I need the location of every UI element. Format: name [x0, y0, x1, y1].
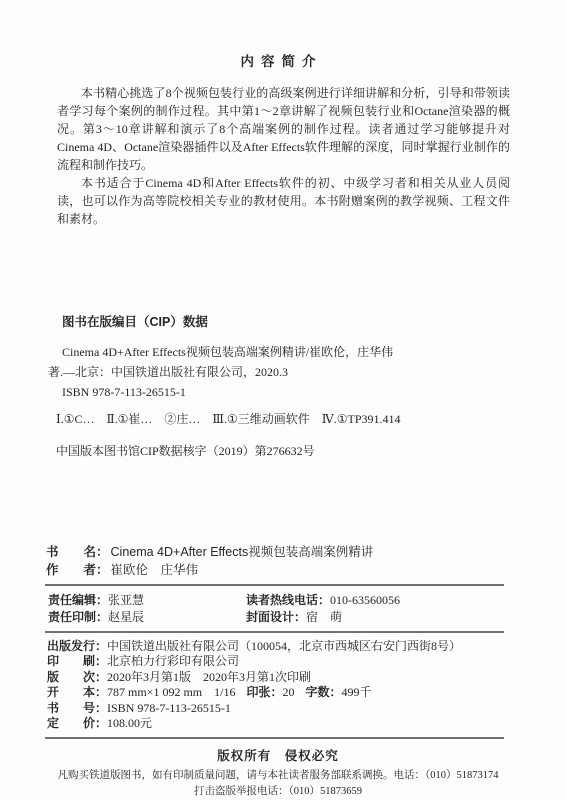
- cip-classification: Ⅰ.①C… Ⅱ.①崔… ②庄… Ⅲ.①三维动画软件 Ⅳ.①TP391.414: [56, 410, 510, 427]
- book-author-row: 作 者：崔欧伦 庄华伟: [46, 562, 510, 580]
- publisher-row: 出版发行：中国铁道出版社有限公司（100054，北京市西城区右安门西街8号）: [47, 639, 510, 654]
- printer-row: 印 刷：北京柏力行彩印有限公司: [47, 654, 510, 669]
- intro-paragraph-1: 本书精心挑选了8个视频包装行业的高级案例进行详细讲解和分析，引导和带领读者学习每…: [57, 84, 510, 174]
- format-label: 开 本：: [47, 685, 107, 699]
- cip-record-number: 中国版本图书馆CIP数据核字（2019）第276632号: [56, 442, 510, 459]
- hotline-value: 010-63560056: [330, 593, 400, 607]
- price-label: 定 价：: [47, 716, 107, 730]
- isbn-row: 书 号：ISBN 978-7-113-26515-1: [47, 701, 510, 716]
- book-title-value: Cinema 4D+After Effects视频包装高端案例精讲: [111, 545, 374, 559]
- print-supervisor-cell: 责任印制：赵星辰: [48, 609, 246, 626]
- publishing-section: 出版发行：中国铁道出版社有限公司（100054，北京市西城区右安门西街8号） 印…: [46, 633, 510, 737]
- cover-designer-label: 封面设计：: [246, 610, 306, 624]
- price-row: 定 价：108.00元: [47, 716, 510, 731]
- cover-designer-value: 宿 萌: [306, 610, 342, 624]
- format-value: 787 mm×1 092 mm 1/16: [107, 685, 235, 699]
- publisher-label: 出版发行：: [47, 639, 107, 653]
- hotline-cell: 读者热线电话：010-63560056: [246, 592, 400, 609]
- cip-header: 图书在版编目（CIP）数据: [62, 312, 510, 330]
- cip-publisher-line: 著.—北京：中国铁道出版社有限公司，2020.3: [48, 362, 510, 382]
- editor-label: 责任编辑：: [48, 593, 108, 607]
- book-title-row: 书 名：Cinema 4D+After Effects视频包装高端案例精讲: [46, 544, 510, 562]
- print-supervisor-value: 赵星辰: [108, 610, 144, 624]
- editor-value: 张亚慧: [108, 593, 144, 607]
- cip-body: Cinema 4D+After Effects视频包装高端案例精讲/崔欧伦，庄华…: [46, 342, 510, 402]
- edition-row: 版 次：2020年3月第1版 2020年3月第1次印刷: [47, 670, 510, 685]
- hotline-label: 读者热线电话：: [246, 593, 330, 607]
- footer-section: 版权所有 侵权必究 凡购买铁道版图书，如有印制质量问题，请与本社读者服务部联系调…: [46, 746, 510, 800]
- price-value: 108.00元: [107, 716, 152, 730]
- isbn-label: 书 号：: [47, 701, 107, 715]
- intro-paragraph-2: 本书适合于Cinema 4D和After Effects软件的初、中级学习者和相…: [57, 174, 510, 228]
- staff-section: 责任编辑：张亚慧 读者热线电话：010-63560056 责任印制：赵星辰 封面…: [46, 586, 510, 631]
- words-value: 499千: [342, 685, 372, 699]
- book-author-value: 崔欧伦 庄华伟: [111, 563, 199, 577]
- cover-designer-cell: 封面设计：宿 萌: [246, 609, 342, 626]
- staff-row-print: 责任印制：赵星辰 封面设计：宿 萌: [48, 609, 510, 626]
- intro-title: 内容简介: [46, 50, 510, 70]
- book-author-label: 作 者：: [46, 563, 109, 577]
- editor-cell: 责任编辑：张亚慧: [48, 592, 246, 609]
- cip-isbn-line: ISBN 978-7-113-26515-1: [62, 382, 510, 402]
- book-title-label: 书 名：: [46, 545, 109, 559]
- sheets-label: 印张：: [246, 685, 282, 699]
- format-row: 开 本：787 mm×1 092 mm 1/16印张：20字数：499千: [47, 685, 510, 700]
- edition-label: 版 次：: [47, 670, 107, 684]
- copyright-notice: 版权所有 侵权必究: [46, 746, 510, 764]
- staff-row-editor: 责任编辑：张亚慧 读者热线电话：010-63560056: [48, 592, 510, 609]
- isbn-value: ISBN 978-7-113-26515-1: [107, 701, 231, 715]
- divider-rule-bottom: [45, 737, 504, 739]
- intro-section: 本书精心挑选了8个视频包装行业的高级案例进行详细讲解和分析，引导和带领读者学习每…: [46, 84, 510, 228]
- quality-notice-line: 凡购买铁道版图书，如有印制质量问题，请与本社读者服务部联系调换。电话：（010）…: [46, 768, 510, 784]
- cip-title-line: Cinema 4D+After Effects视频包装高端案例精讲/崔欧伦，庄华…: [62, 342, 510, 362]
- publisher-value: 中国铁道出版社有限公司（100054，北京市西城区右安门西街8号）: [107, 639, 461, 653]
- print-supervisor-label: 责任印制：: [48, 610, 108, 624]
- book-copyright-page: 内容简介 本书精心挑选了8个视频包装行业的高级案例进行详细讲解和分析，引导和带领…: [0, 0, 566, 800]
- book-info-section: 书 名：Cinema 4D+After Effects视频包装高端案例精讲 作 …: [46, 544, 510, 579]
- words-label: 字数：: [305, 685, 341, 699]
- piracy-hotline-line: 打击盗版举报电话：（010）51873659: [46, 784, 510, 800]
- printer-label: 印 刷：: [47, 654, 107, 668]
- edition-value: 2020年3月第1版 2020年3月第1次印刷: [107, 670, 311, 684]
- printer-value: 北京柏力行彩印有限公司: [107, 654, 239, 668]
- sheets-value: 20: [282, 685, 294, 699]
